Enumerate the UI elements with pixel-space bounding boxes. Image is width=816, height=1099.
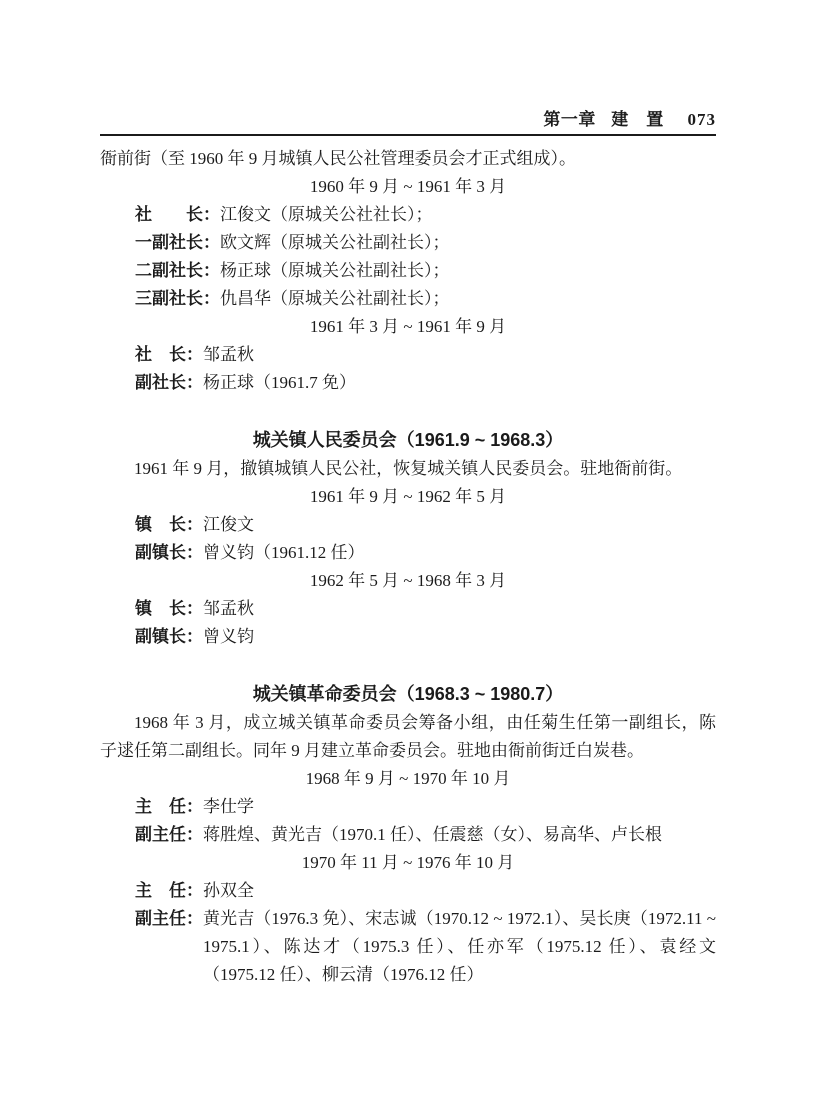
paragraph: 1968 年 3 月，成立城关镇革命委员会筹备小组，由任菊生任第一副组长，陈子逑… xyxy=(100,709,716,765)
role-label: 二副社长： xyxy=(135,257,220,285)
role-row: 主 任：李仕学 xyxy=(100,793,716,821)
date-range-line: 1968 年 9 月 ~ 1970 年 10 月 xyxy=(100,765,716,793)
role-value: 邹孟秋 xyxy=(203,341,716,369)
role-value: 江俊文（原城关公社社长）； xyxy=(220,201,716,229)
role-row: 镇 长：江俊文 xyxy=(100,511,716,539)
page-number: 073 xyxy=(688,110,717,129)
role-value: 欧文辉（原城关公社副社长）； xyxy=(220,229,716,257)
section-heading: 城关镇人民委员会（1961.9 ~ 1968.3） xyxy=(100,425,716,455)
role-row: 副主任：蒋胜煌、黄光吉（1970.1 任）、任震慈（女）、易高华、卢长根 xyxy=(100,821,716,849)
role-row: 主 任：孙双全 xyxy=(100,877,716,905)
role-value: 杨正球（原城关公社副社长）； xyxy=(220,257,716,285)
role-value: 曾义钧 xyxy=(203,623,716,651)
running-header: 第一章建 置073 xyxy=(100,108,716,132)
role-label: 副主任： xyxy=(135,905,203,989)
role-label: 副社长： xyxy=(135,369,203,397)
role-row: 副主任：黄光吉（1976.3 免）、宋志诚（1970.12 ~ 1972.1）、… xyxy=(100,905,716,989)
role-label: 副镇长： xyxy=(135,623,203,651)
role-row: 二副社长：杨正球（原城关公社副社长）； xyxy=(100,257,716,285)
role-value: 蒋胜煌、黄光吉（1970.1 任）、任震慈（女）、易高华、卢长根 xyxy=(203,821,716,849)
date-range-line: 1961 年 3 月 ~ 1961 年 9 月 xyxy=(100,313,716,341)
role-label: 主 任： xyxy=(135,793,203,821)
role-value: 李仕学 xyxy=(203,793,716,821)
date-range-line: 1962 年 5 月 ~ 1968 年 3 月 xyxy=(100,567,716,595)
role-value: 曾义钧（1961.12 任） xyxy=(203,539,716,567)
role-value: 江俊文 xyxy=(203,511,716,539)
role-value: 黄光吉（1976.3 免）、宋志诚（1970.12 ~ 1972.1）、吴长庚（… xyxy=(203,905,716,989)
running-header-title: 建 置 xyxy=(611,110,664,129)
role-label: 社 长： xyxy=(135,341,203,369)
role-value: 仇昌华（原城关公社副社长）； xyxy=(220,285,716,313)
role-value: 孙双全 xyxy=(203,877,716,905)
date-range-line: 1970 年 11 月 ~ 1976 年 10 月 xyxy=(100,849,716,877)
date-range-line: 1960 年 9 月 ~ 1961 年 3 月 xyxy=(100,173,716,201)
role-label: 副主任： xyxy=(135,821,203,849)
paragraph: 1961 年 9 月，撤镇城镇人民公社，恢复城关镇人民委员会。驻地衙前街。 xyxy=(100,455,716,483)
role-row: 社 长：邹孟秋 xyxy=(100,341,716,369)
header-rule xyxy=(100,134,716,136)
role-label: 镇 长： xyxy=(135,511,203,539)
role-row: 副镇长：曾义钧 xyxy=(100,623,716,651)
role-row: 一副社长：欧文辉（原城关公社副社长）； xyxy=(100,229,716,257)
role-row: 副镇长：曾义钧（1961.12 任） xyxy=(100,539,716,567)
role-label: 镇 长： xyxy=(135,595,203,623)
role-label: 主 任： xyxy=(135,877,203,905)
paragraph: 衙前街（至 1960 年 9 月城镇人民公社管理委员会才正式组成）。 xyxy=(100,145,716,173)
section-heading: 城关镇革命委员会（1968.3 ~ 1980.7） xyxy=(100,679,716,709)
role-value: 杨正球（1961.7 免） xyxy=(203,369,716,397)
role-row: 社 长：江俊文（原城关公社社长）； xyxy=(100,201,716,229)
book-page: 第一章建 置073 衙前街（至 1960 年 9 月城镇人民公社管理委员会才正式… xyxy=(0,0,816,1099)
role-row: 副社长：杨正球（1961.7 免） xyxy=(100,369,716,397)
role-row: 镇 长：邹孟秋 xyxy=(100,595,716,623)
role-label: 一副社长： xyxy=(135,229,220,257)
role-value: 邹孟秋 xyxy=(203,595,716,623)
role-row: 三副社长：仇昌华（原城关公社副社长）； xyxy=(100,285,716,313)
role-label: 三副社长： xyxy=(135,285,220,313)
page-content: 衙前街（至 1960 年 9 月城镇人民公社管理委员会才正式组成）。1960 年… xyxy=(100,145,716,989)
running-header-chapter: 第一章 xyxy=(543,110,596,129)
role-label: 副镇长： xyxy=(135,539,203,567)
role-label: 社 长： xyxy=(135,201,220,229)
date-range-line: 1961 年 9 月 ~ 1962 年 5 月 xyxy=(100,483,716,511)
